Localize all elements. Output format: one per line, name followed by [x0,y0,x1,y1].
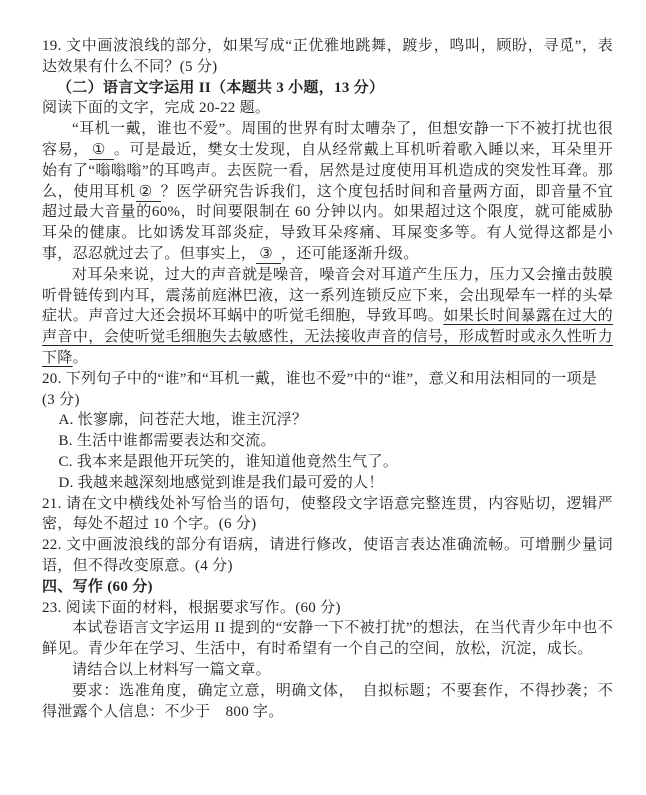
option-d: D. 我越来越深刻地感觉到谁是我们最可爱的人！ [42,473,613,494]
passage-text: 。 [73,350,88,366]
section-2-heading: （二）语言文字运用 II（本题共 3 小题，13 分） [42,78,613,99]
question-19: 19. 文中画波浪线的部分，如果写成“正优雅地跳舞，踱步，鸣叫，顾盼，寻觅”，表… [42,36,613,78]
blank-2: ② [136,184,161,202]
section-4-heading: 四、写作 (60 分) [42,577,613,598]
option-a: A. 怅寥廓，问苍茫大地，谁主沉浮？ [42,410,613,431]
option-b: B. 生活中谁都需要表达和交流。 [42,431,613,452]
passage-paragraph-1: “耳机一戴，谁也不爱”。周围的世界有时太嘈杂了，但想安静一下不被打扰也很容易，①… [42,119,613,265]
passage-text: ，还可能逐渐升级。 [281,246,419,262]
question-22: 22. 文中画波浪线的部分有语病，请进行修改，使语言表达准确流畅。可增删少量词语… [42,535,613,577]
blank-1: ① [89,142,114,160]
passage-paragraph-2: 对耳朵来说，过大的声音就是噪音，噪音会对耳道产生压力，压力又会撞击鼓膜听骨链传到… [42,265,613,369]
essay-requirements: 要求：选准角度，确定立意，明确文体， 自拟标题；不要套作，不得抄袭；不得泄露个人… [42,681,613,723]
question-23: 23. 阅读下面的材料，根据要求写作。(60 分) [42,598,613,619]
question-20-score: (3 分) [42,390,613,411]
question-21: 21. 请在文中横线处补写恰当的语句，使整段文字语意完整连贯，内容贴切，逻辑严密… [42,494,613,536]
essay-task: 请结合以上材料写一篇文章。 [42,660,613,681]
option-c: C. 我本来是跟他开玩笑的，谁知道他竟然生气了。 [42,452,613,473]
exam-paper-page: 19. 文中画波浪线的部分，如果写成“正优雅地跳舞，踱步，鸣叫，顾盼，寻觅”，表… [0,0,646,795]
read-instruction: 阅读下面的文字，完成 20-22 题。 [42,98,613,119]
question-20-stem: 20. 下列句子中的“谁”和“耳机一戴，谁也不爱”中的“谁”，意义和用法相同的一… [42,369,613,390]
essay-material: 本试卷语言文字运用 II 提到的“安静一下不被打扰”的想法，在当代青少年中也不鲜… [42,618,613,660]
blank-3: ③ [256,246,281,264]
